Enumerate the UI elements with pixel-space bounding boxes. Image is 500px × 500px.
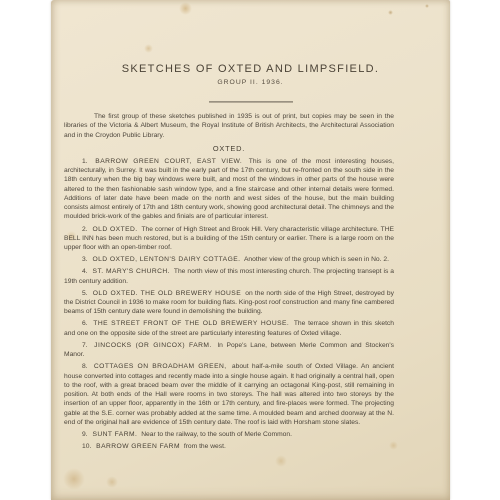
list-item-4: 4. ST. MARY'S CHURCH. The north view of … [64,267,394,286]
item-heading: BARROW GREEN COURT, EAST VIEW. [95,158,242,165]
item-text: Near to the railway, to the south of Mer… [141,431,292,438]
item-number: 7. [82,342,88,349]
list-item-7: 7. JINCOCKS (OR GINCOX) FARM. In Pope's … [64,341,394,360]
page-title: SKETCHES OF OXTED AND LIMPSFIELD. [51,63,450,75]
paper-sheet: SKETCHES OF OXTED AND LIMPSFIELD. GROUP … [51,0,450,500]
divider-rule [209,101,293,103]
item-heading: BARROW GREEN FARM [96,443,180,450]
list-item-10: 10. BARROW GREEN FARM from the west. [64,442,394,451]
list-item-8: 8. COTTAGES ON BROADHAM GREEN, about hal… [64,362,394,427]
item-number: 6. [82,320,88,327]
paper-stain [179,2,192,15]
item-heading: SUNT FARM. [92,431,137,438]
list-item-5: 5. OLD OXTED. THE OLD BREWERY HOUSE on t… [64,289,394,317]
item-number: 4. [82,268,88,275]
item-text: Another view of the group which is seen … [244,256,389,263]
item-number: 10. [82,443,91,450]
item-heading: OLD OXTED. THE OLD BREWERY HOUSE [93,290,241,297]
item-text: This is one of the most interesting hous… [64,158,394,221]
list-item-2: 2. OLD OXTED. The corner of High Street … [64,225,394,253]
document-body: The first group of these sketches publis… [64,112,394,454]
item-number: 8. [82,363,88,370]
item-number: 9. [82,431,88,438]
item-text: about half-a-mile south of Oxted Village… [64,363,394,426]
paper-stain [144,44,153,53]
item-heading: ST. MARY'S CHURCH. [93,268,170,275]
item-number: 1. [82,158,88,165]
document-header: SKETCHES OF OXTED AND LIMPSFIELD. GROUP … [51,63,450,103]
list-item-1: 1. BARROW GREEN COURT, EAST VIEW. This i… [64,157,394,222]
paper-stain [106,476,118,488]
item-heading: OLD OXTED, LENTON'S DAIRY COTTAGE. [92,256,240,263]
section-heading: OXTED. [64,144,394,153]
paper-stain [63,468,85,490]
item-number: 5. [82,290,88,297]
scan-background: SKETCHES OF OXTED AND LIMPSFIELD. GROUP … [0,0,500,500]
page-subtitle: GROUP II. 1936. [51,79,450,86]
paper-stain [275,455,287,467]
item-text: from the west. [184,443,226,450]
item-number: 3. [82,256,88,263]
list-item-9: 9. SUNT FARM. Near to the railway, to th… [64,430,394,439]
paper-stain [388,10,393,15]
list-item-6: 6. THE STREET FRONT OF THE OLD BREWERY H… [64,319,394,338]
list-item-3: 3. OLD OXTED, LENTON'S DAIRY COTTAGE. An… [64,255,394,264]
item-number: 2. [82,226,88,233]
item-heading: JINCOCKS (OR GINCOX) FARM. [94,342,212,349]
paper-stain [425,4,429,8]
item-heading: THE STREET FRONT OF THE OLD BREWERY HOUS… [93,320,289,327]
item-heading: COTTAGES ON BROADHAM GREEN, [94,363,227,370]
intro-paragraph: The first group of these sketches publis… [64,112,394,140]
item-heading: OLD OXTED. [93,226,138,233]
